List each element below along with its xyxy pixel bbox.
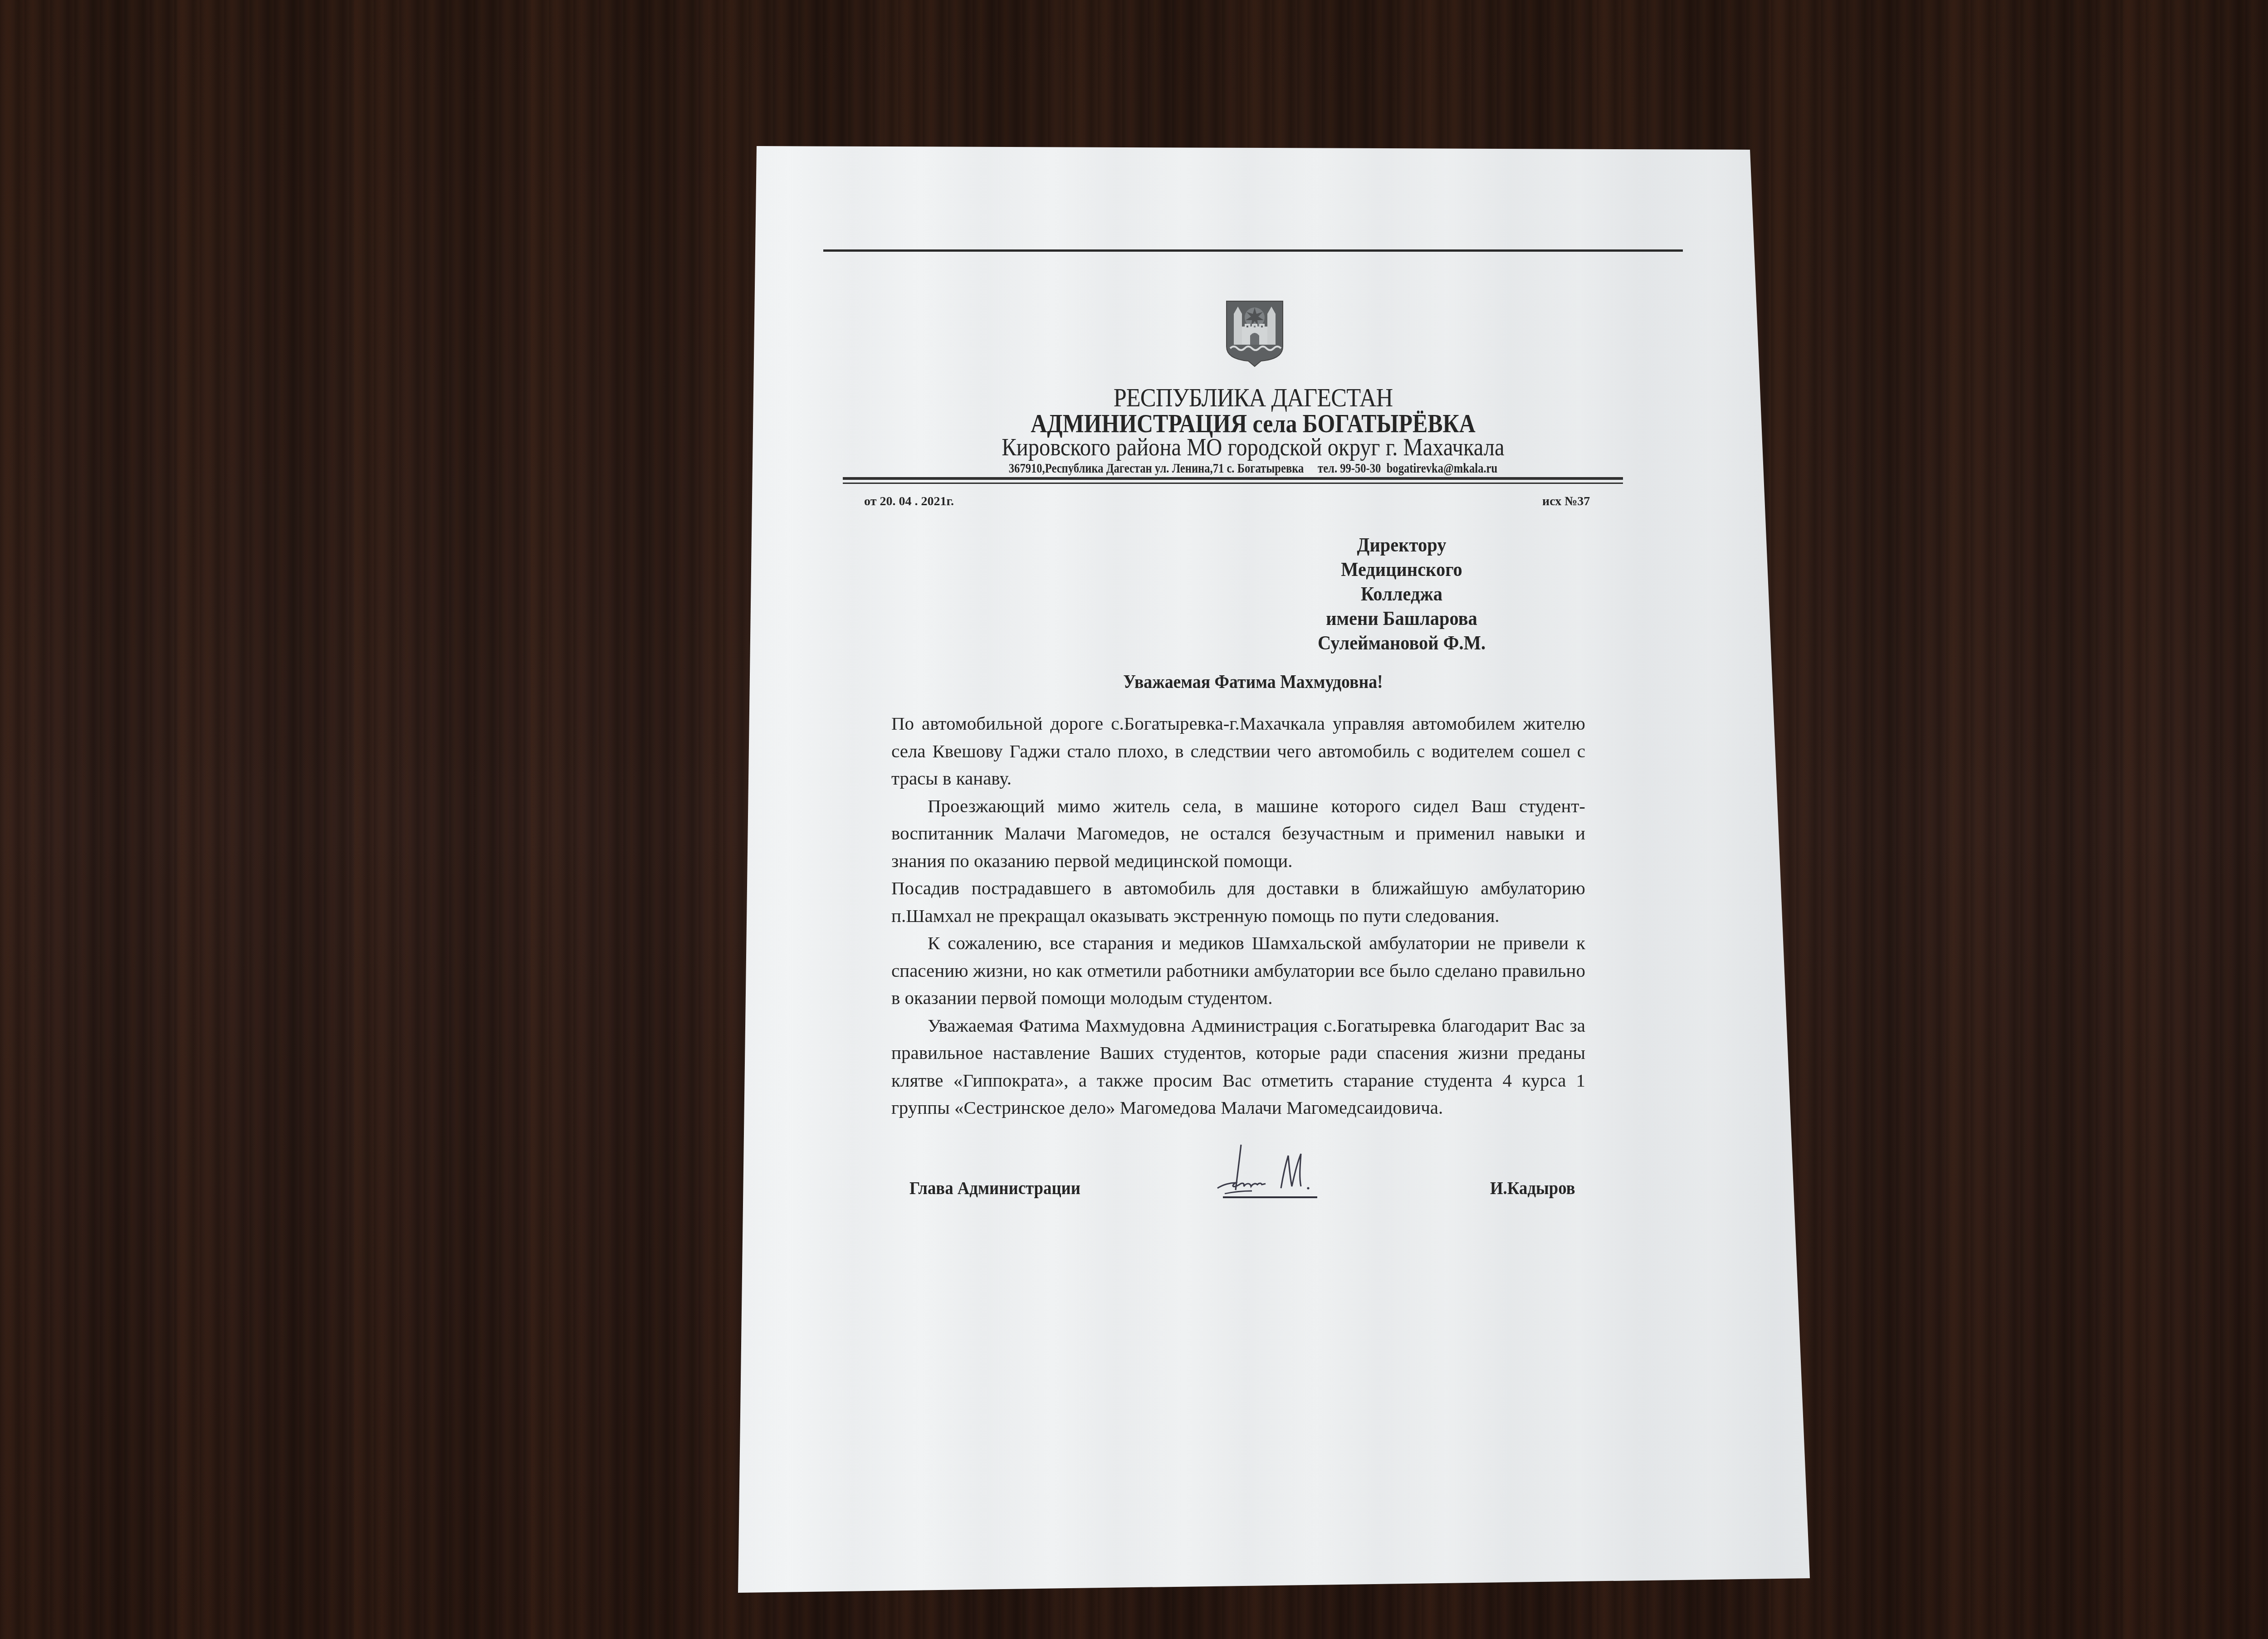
addressee-line: имени Башларова	[1314, 606, 1489, 631]
letterhead-address: 367910,Республика Дагестан ул. Ленина,71…	[901, 461, 1606, 476]
addressee-line: Сулеймановой Ф.М.	[1314, 631, 1489, 655]
letter-body: По автомобильной дороге с.Богатыревка-г.…	[891, 710, 1585, 1122]
top-rule	[823, 249, 1683, 252]
salutation: Уважаемая Фатима Махмудовна!	[866, 671, 1640, 693]
body-paragraph: Посадив пострадавшего в автомобиль для д…	[891, 874, 1585, 929]
addressee-block: Директору Медицинского Колледжа имени Ба…	[1314, 533, 1489, 655]
signatory-name: И.Кадыров	[1490, 1177, 1575, 1199]
letter-date: от 20. 04 . 2021г.	[864, 494, 954, 509]
outgoing-number: исх №37	[1542, 494, 1590, 509]
body-paragraph: Уважаемая Фатима Махмудовна Администраци…	[891, 1012, 1585, 1122]
letterhead-double-rule	[843, 477, 1623, 480]
letterhead-district: Кировского района МО городской округ г. …	[866, 433, 1640, 461]
handwritten-signature-icon	[1198, 1143, 1343, 1202]
addressee-line: Директору	[1314, 533, 1489, 557]
letterhead-double-rule-lower	[843, 483, 1623, 484]
addressee-line: Медицинского Колледжа	[1314, 557, 1489, 606]
body-paragraph: По автомобильной дороге с.Богатыревка-г.…	[891, 710, 1585, 792]
coat-of-arms-icon	[1225, 299, 1285, 367]
body-paragraph: К сожалению, все старания и медиков Шамх…	[891, 929, 1585, 1012]
body-paragraph: Проезжающий мимо житель села, в машине к…	[891, 792, 1585, 875]
signatory-title: Глава Администрации	[909, 1177, 1080, 1199]
